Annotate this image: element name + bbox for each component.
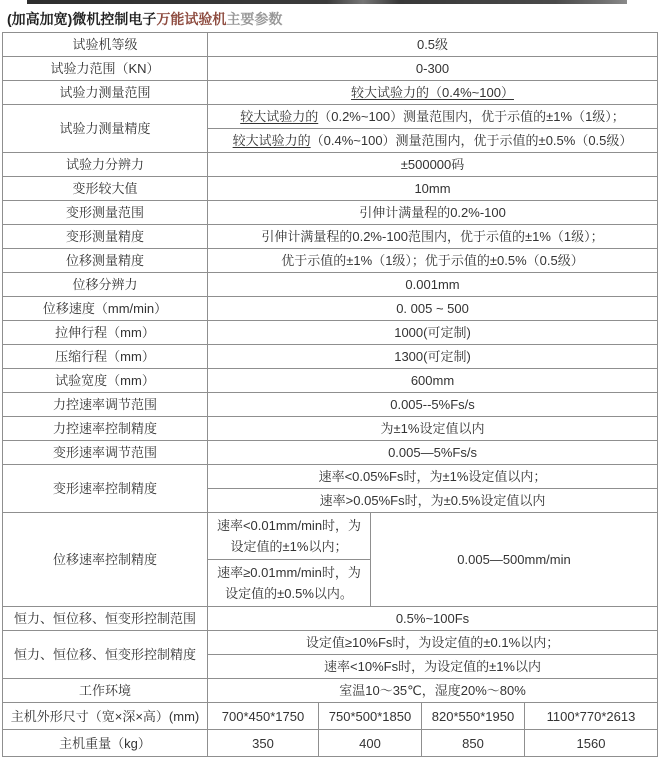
- dimension-cell: 820*550*1950: [422, 703, 525, 730]
- weight-cell: 850: [422, 730, 525, 757]
- row-label: 压缩行程（mm）: [3, 345, 208, 369]
- row-label: 变形速率调节范围: [3, 441, 208, 465]
- table-row: 变形测量范围 引伸计满量程的0.2%-100: [3, 201, 658, 225]
- row-value: 优于示值的±1%（1级）；优于示值的±0.5%（0.5级）: [208, 249, 658, 273]
- row-label: 主机外形尺寸（宽×深×高）(mm): [3, 703, 208, 730]
- weight-cell: 1560: [525, 730, 658, 757]
- row-value: 0.005--5%Fs/s: [208, 393, 658, 417]
- range-cell: 0.005—500mm/min: [371, 513, 658, 607]
- table-row: 变形测量精度 引伸计满量程的0.2%-100范围内，优于示值的±1%（1级）；: [3, 225, 658, 249]
- underlined-text: 较大试验力的（0.4%~100）: [351, 85, 514, 100]
- plain-text: （0.2%~100）测量范围内，优于示值的±1%（1级）；: [318, 109, 625, 124]
- table-row: 试验宽度（mm） 600mm: [3, 369, 658, 393]
- row-value: 0. 005 ~ 500: [208, 297, 658, 321]
- row-value: 较大试验力的（0.4%~100）: [208, 81, 658, 105]
- table-row: 变形速率控制精度 速率<0.05%Fs时，为±1%设定值以内；: [3, 465, 658, 489]
- row-value: 引伸计满量程的0.2%-100范围内，优于示值的±1%（1级）；: [208, 225, 658, 249]
- dimension-cell: 750*500*1850: [319, 703, 422, 730]
- row-label: 力控速率调节范围: [3, 393, 208, 417]
- row-label: 主机重量（kg）: [3, 730, 208, 757]
- table-row: 试验力分辨力 ±500000码: [3, 153, 658, 177]
- condition-cell: 速率<0.01mm/min时，为设定值的±1%以内；: [208, 513, 371, 560]
- underlined-text: 较大试验力的: [233, 133, 311, 148]
- title-main: (加高加宽)微机控制电子: [7, 11, 156, 27]
- dimension-cell: 700*450*1750: [208, 703, 319, 730]
- row-label: 位移速度（mm/min）: [3, 297, 208, 321]
- row-label: 拉伸行程（mm）: [3, 321, 208, 345]
- row-value: ±500000码: [208, 153, 658, 177]
- table-row: 试验力范围（KN） 0-300: [3, 57, 658, 81]
- row-value: 较大试验力的（0.4%~100）测量范围内，优于示值的±0.5%（0.5级）: [208, 129, 658, 153]
- table-row: 变形较大值 10mm: [3, 177, 658, 201]
- row-value: 速率<0.05%Fs时，为±1%设定值以内；: [208, 465, 658, 489]
- row-value: 为±1%设定值以内: [208, 417, 658, 441]
- row-label: 位移分辨力: [3, 273, 208, 297]
- row-label: 变形较大值: [3, 177, 208, 201]
- table-row: 主机重量（kg） 350 400 850 1560: [3, 730, 658, 757]
- row-value-small: 600mm: [208, 369, 658, 393]
- row-label: 位移速率控制精度: [3, 513, 208, 607]
- plain-text: （0.4%~100）测量范围内，优于示值的±0.5%（0.5级）: [311, 133, 633, 148]
- row-value: 速率>0.05%Fs时，为±0.5%设定值以内: [208, 489, 658, 513]
- row-value: 10mm: [208, 177, 658, 201]
- row-label: 试验宽度（mm）: [3, 369, 208, 393]
- table-row: 工作环境 室温10～35℃，湿度20%～80%: [3, 679, 658, 703]
- condition-cell: 速率≥0.01mm/min时，为设定值的±0.5%以内。: [208, 560, 371, 607]
- table-row: 恒力、恒位移、恒变形控制范围 0.5%~100Fs: [3, 607, 658, 631]
- row-label: 试验力分辨力: [3, 153, 208, 177]
- row-value: 0.005—5%Fs/s: [208, 441, 658, 465]
- row-value: 较大试验力的（0.2%~100）测量范围内，优于示值的±1%（1级）；: [208, 105, 658, 129]
- table-row: 位移速率控制精度 速率<0.01mm/min时，为设定值的±1%以内； 0.00…: [3, 513, 658, 560]
- table-row: 位移测量精度 优于示值的±1%（1级）；优于示值的±0.5%（0.5级）: [3, 249, 658, 273]
- table-row: 压缩行程（mm） 1300(可定制): [3, 345, 658, 369]
- row-label: 试验机等级: [3, 33, 208, 57]
- table-row: 力控速率调节范围 0.005--5%Fs/s: [3, 393, 658, 417]
- row-label: 位移测量精度: [3, 249, 208, 273]
- table-row: 主机外形尺寸（宽×深×高）(mm) 700*450*1750 750*500*1…: [3, 703, 658, 730]
- row-value: 1300(可定制): [208, 345, 658, 369]
- spec-table: 试验机等级 0.5级 试验力范围（KN） 0-300 试验力测量范围 较大试验力…: [2, 32, 658, 757]
- table-row: 试验力测量范围 较大试验力的（0.4%~100）: [3, 81, 658, 105]
- row-label: 力控速率控制精度: [3, 417, 208, 441]
- row-value: 1000(可定制): [208, 321, 658, 345]
- weight-cell: 350: [208, 730, 319, 757]
- underlined-text: 较大试验力的: [240, 109, 318, 124]
- row-label: 试验力测量范围: [3, 81, 208, 105]
- weight-cell: 400: [319, 730, 422, 757]
- row-label: 工作环境: [3, 679, 208, 703]
- row-label: 恒力、恒位移、恒变形控制精度: [3, 631, 208, 679]
- row-value: 0-300: [208, 57, 658, 81]
- table-row: 变形速率调节范围 0.005—5%Fs/s: [3, 441, 658, 465]
- row-value: 引伸计满量程的0.2%-100: [208, 201, 658, 225]
- page-title: (加高加宽)微机控制电子万能试验机主要参数: [0, 0, 661, 32]
- table-row: 拉伸行程（mm） 1000(可定制): [3, 321, 658, 345]
- row-value: 速率<10%Fs时，为设定值的±1%以内: [208, 655, 658, 679]
- table-row: 力控速率控制精度 为±1%设定值以内: [3, 417, 658, 441]
- dimension-cell: 1100*770*2613: [525, 703, 658, 730]
- title-suffix: 主要参数: [226, 11, 282, 27]
- row-value: 设定值≥10%Fs时，为设定值的±0.1%以内；: [208, 631, 658, 655]
- row-label: 变形速率控制精度: [3, 465, 208, 513]
- row-value: 0.5%~100Fs: [208, 607, 658, 631]
- table-row: 位移速度（mm/min） 0. 005 ~ 500: [3, 297, 658, 321]
- row-label: 变形测量范围: [3, 201, 208, 225]
- row-label: 试验力测量精度: [3, 105, 208, 153]
- row-value: 0.5级: [208, 33, 658, 57]
- table-row: 位移分辨力 0.001mm: [3, 273, 658, 297]
- table-row: 试验机等级 0.5级: [3, 33, 658, 57]
- row-value: 室温10～35℃，湿度20%～80%: [208, 679, 658, 703]
- row-label: 变形测量精度: [3, 225, 208, 249]
- row-value: 0.001mm: [208, 273, 658, 297]
- table-row: 恒力、恒位移、恒变形控制精度 设定值≥10%Fs时，为设定值的±0.1%以内；: [3, 631, 658, 655]
- row-label: 试验力范围（KN）: [3, 57, 208, 81]
- title-keyword: 万能试验机: [156, 11, 226, 27]
- table-row: 试验力测量精度 较大试验力的（0.2%~100）测量范围内，优于示值的±1%（1…: [3, 105, 658, 129]
- row-label: 恒力、恒位移、恒变形控制范围: [3, 607, 208, 631]
- top-edge-bar: [27, 0, 627, 4]
